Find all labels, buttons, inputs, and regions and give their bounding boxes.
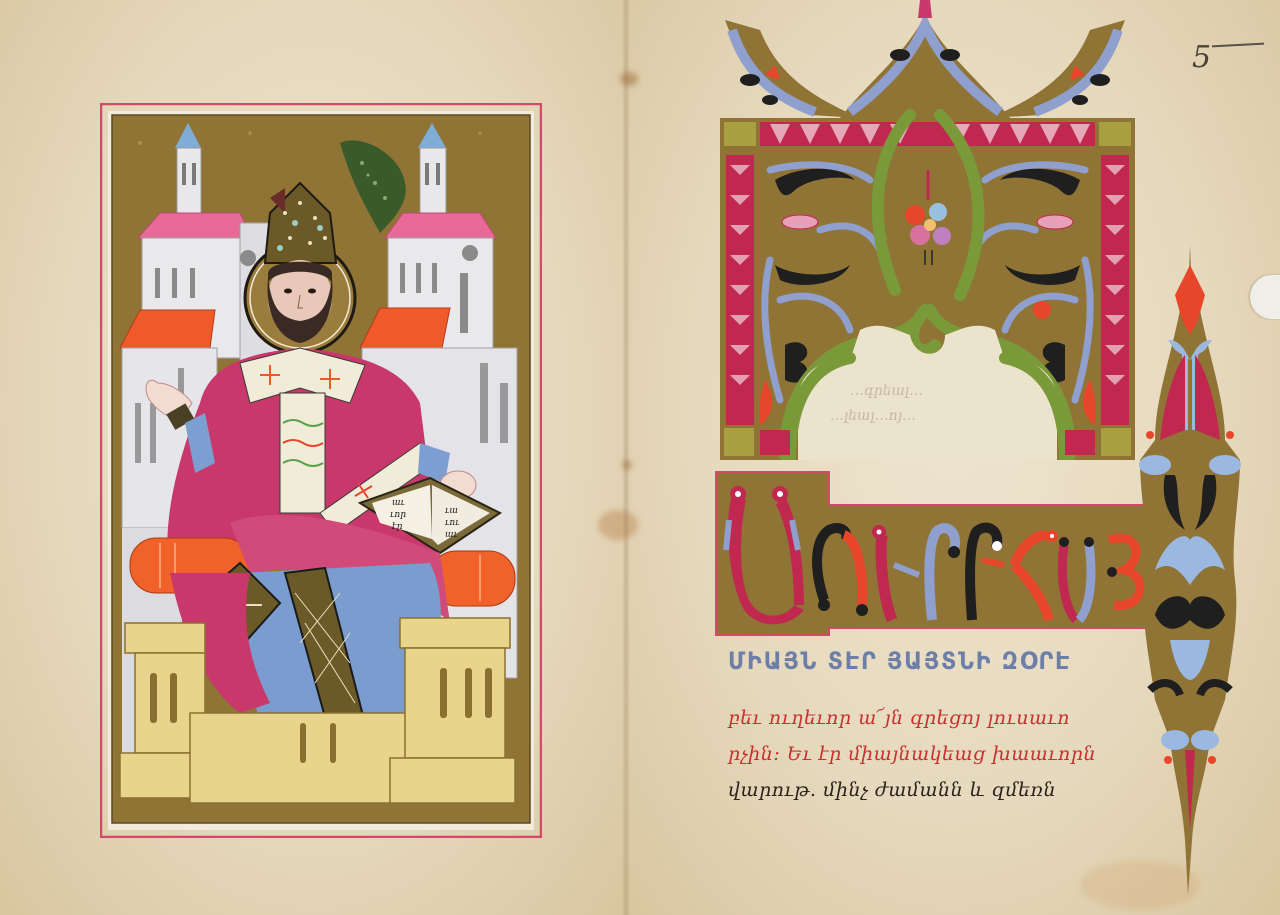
gutter-fold (622, 0, 630, 915)
svg-text:…լեալ…ոյ…: …լեալ…ոյ… (830, 408, 916, 424)
text-line-body-1: վարութ․ մինչ ժամանն և զմեռն (728, 772, 1148, 808)
text-block: ՄԻԱՅՆ ՏԷՐ ՅԱՅՏՆԻ ԶՕՐԷ բեւ ուղեւոր ա՜յն գ… (728, 640, 1148, 808)
svg-text:աւ: աւ (392, 498, 406, 508)
text-line-capitals: ՄԻԱՅՆ ՏԷՐ ՅԱՅՏՆԻ ԶՕՐԷ (728, 640, 1114, 682)
stain (622, 460, 632, 470)
text-line-rubric-1: բեւ ուղեւոր ա՜յն գրեցոյ լուսաւո (728, 700, 1148, 736)
miniature-portrait: աւ ւոր էր ւա ւու աւ (100, 103, 542, 838)
stain (598, 510, 638, 540)
svg-text:ւու: ւու (444, 518, 460, 528)
text-line-rubric-2: րչին։ Եւ էր միայնակեաց խաաւորն (728, 736, 1148, 772)
svg-text:էր: էր (391, 522, 403, 532)
folio-number: 5 (1192, 40, 1211, 75)
svg-text:…գրեալ…: …գրեալ… (850, 383, 923, 399)
svg-text:աւ: աւ (445, 530, 459, 540)
marginal-ornament (1130, 240, 1250, 900)
svg-text:ւա: ւա (444, 506, 458, 516)
ornamental-headpiece: …գրեալ… …լեալ…ոյ… (720, 0, 1135, 460)
floral-bouquet (893, 160, 963, 270)
headpiece-crest (725, 0, 1125, 118)
manuscript-spread: 5 (0, 0, 1280, 915)
stain (620, 72, 638, 86)
svg-text:ւոր: ւոր (389, 510, 406, 520)
ornithomorphic-initials (714, 470, 1154, 640)
